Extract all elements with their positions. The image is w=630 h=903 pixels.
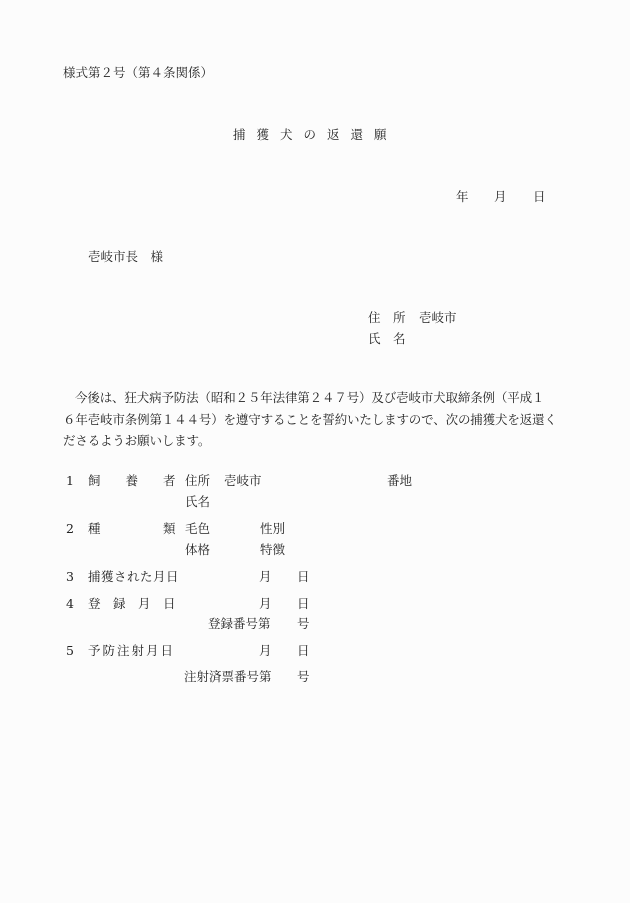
paragraph-line: ださるようお願いします。 — [63, 435, 210, 448]
registration-month-label: 月 — [259, 598, 272, 611]
item-number: 3 — [66, 571, 74, 584]
item-label: 種 類 — [88, 523, 176, 536]
vaccination-cert-suffix: 号 — [297, 671, 310, 684]
sex-label: 性別 — [260, 523, 285, 536]
applicant-address-label: 住 所 — [368, 312, 406, 325]
owner-address-value: 壱岐市 — [224, 475, 262, 488]
applicant-name-label: 氏 名 — [368, 333, 406, 346]
applicant-address-value: 壱岐市 — [419, 312, 457, 325]
item-number: 5 — [66, 645, 74, 658]
owner-address-label: 住所 — [185, 475, 210, 488]
date-month-label: 月 — [494, 191, 507, 204]
capture-month-label: 月 — [259, 571, 272, 584]
item-number: 2 — [66, 523, 74, 536]
paragraph-line: 今後は、狂犬病予防法（昭和２５年法律第２４７号）及び壱岐市犬取締条例（平成１ — [75, 392, 544, 405]
addressee: 壱岐市長 様 — [88, 251, 163, 264]
paragraph-line: ６年壱岐市条例第１４４号）を遵守することを誓約いたしますので、次の捕獲犬を返還く — [63, 414, 557, 427]
owner-name-label: 氏名 — [185, 496, 210, 509]
document-title: 捕獲犬の返還願 — [233, 129, 398, 142]
item-number: 4 — [66, 598, 74, 611]
features-label: 特徴 — [260, 544, 285, 557]
vaccination-day-label: 日 — [297, 645, 310, 658]
item-label: 飼 養 者 — [88, 475, 176, 488]
date-day-label: 日 — [533, 191, 546, 204]
registration-number-suffix: 号 — [297, 618, 310, 631]
capture-day-label: 日 — [297, 571, 310, 584]
coat-color-label: 毛色 — [185, 523, 210, 536]
vaccination-cert-prefix: 注射済票番号第 — [184, 671, 272, 684]
owner-banchi-label: 番地 — [387, 475, 412, 488]
vaccination-month-label: 月 — [259, 645, 272, 658]
item-number: 1 — [66, 475, 74, 488]
registration-number-prefix: 登録番号第 — [208, 618, 271, 631]
item-label: 予防注射月日 — [88, 645, 175, 658]
item-label: 登 録 月 日 — [88, 598, 176, 611]
form-label: 様式第２号（第４条関係） — [63, 67, 213, 80]
date-year-label: 年 — [456, 191, 469, 204]
build-label: 体格 — [185, 544, 210, 557]
registration-day-label: 日 — [297, 598, 310, 611]
item-label: 捕獲された月日 — [88, 571, 179, 584]
